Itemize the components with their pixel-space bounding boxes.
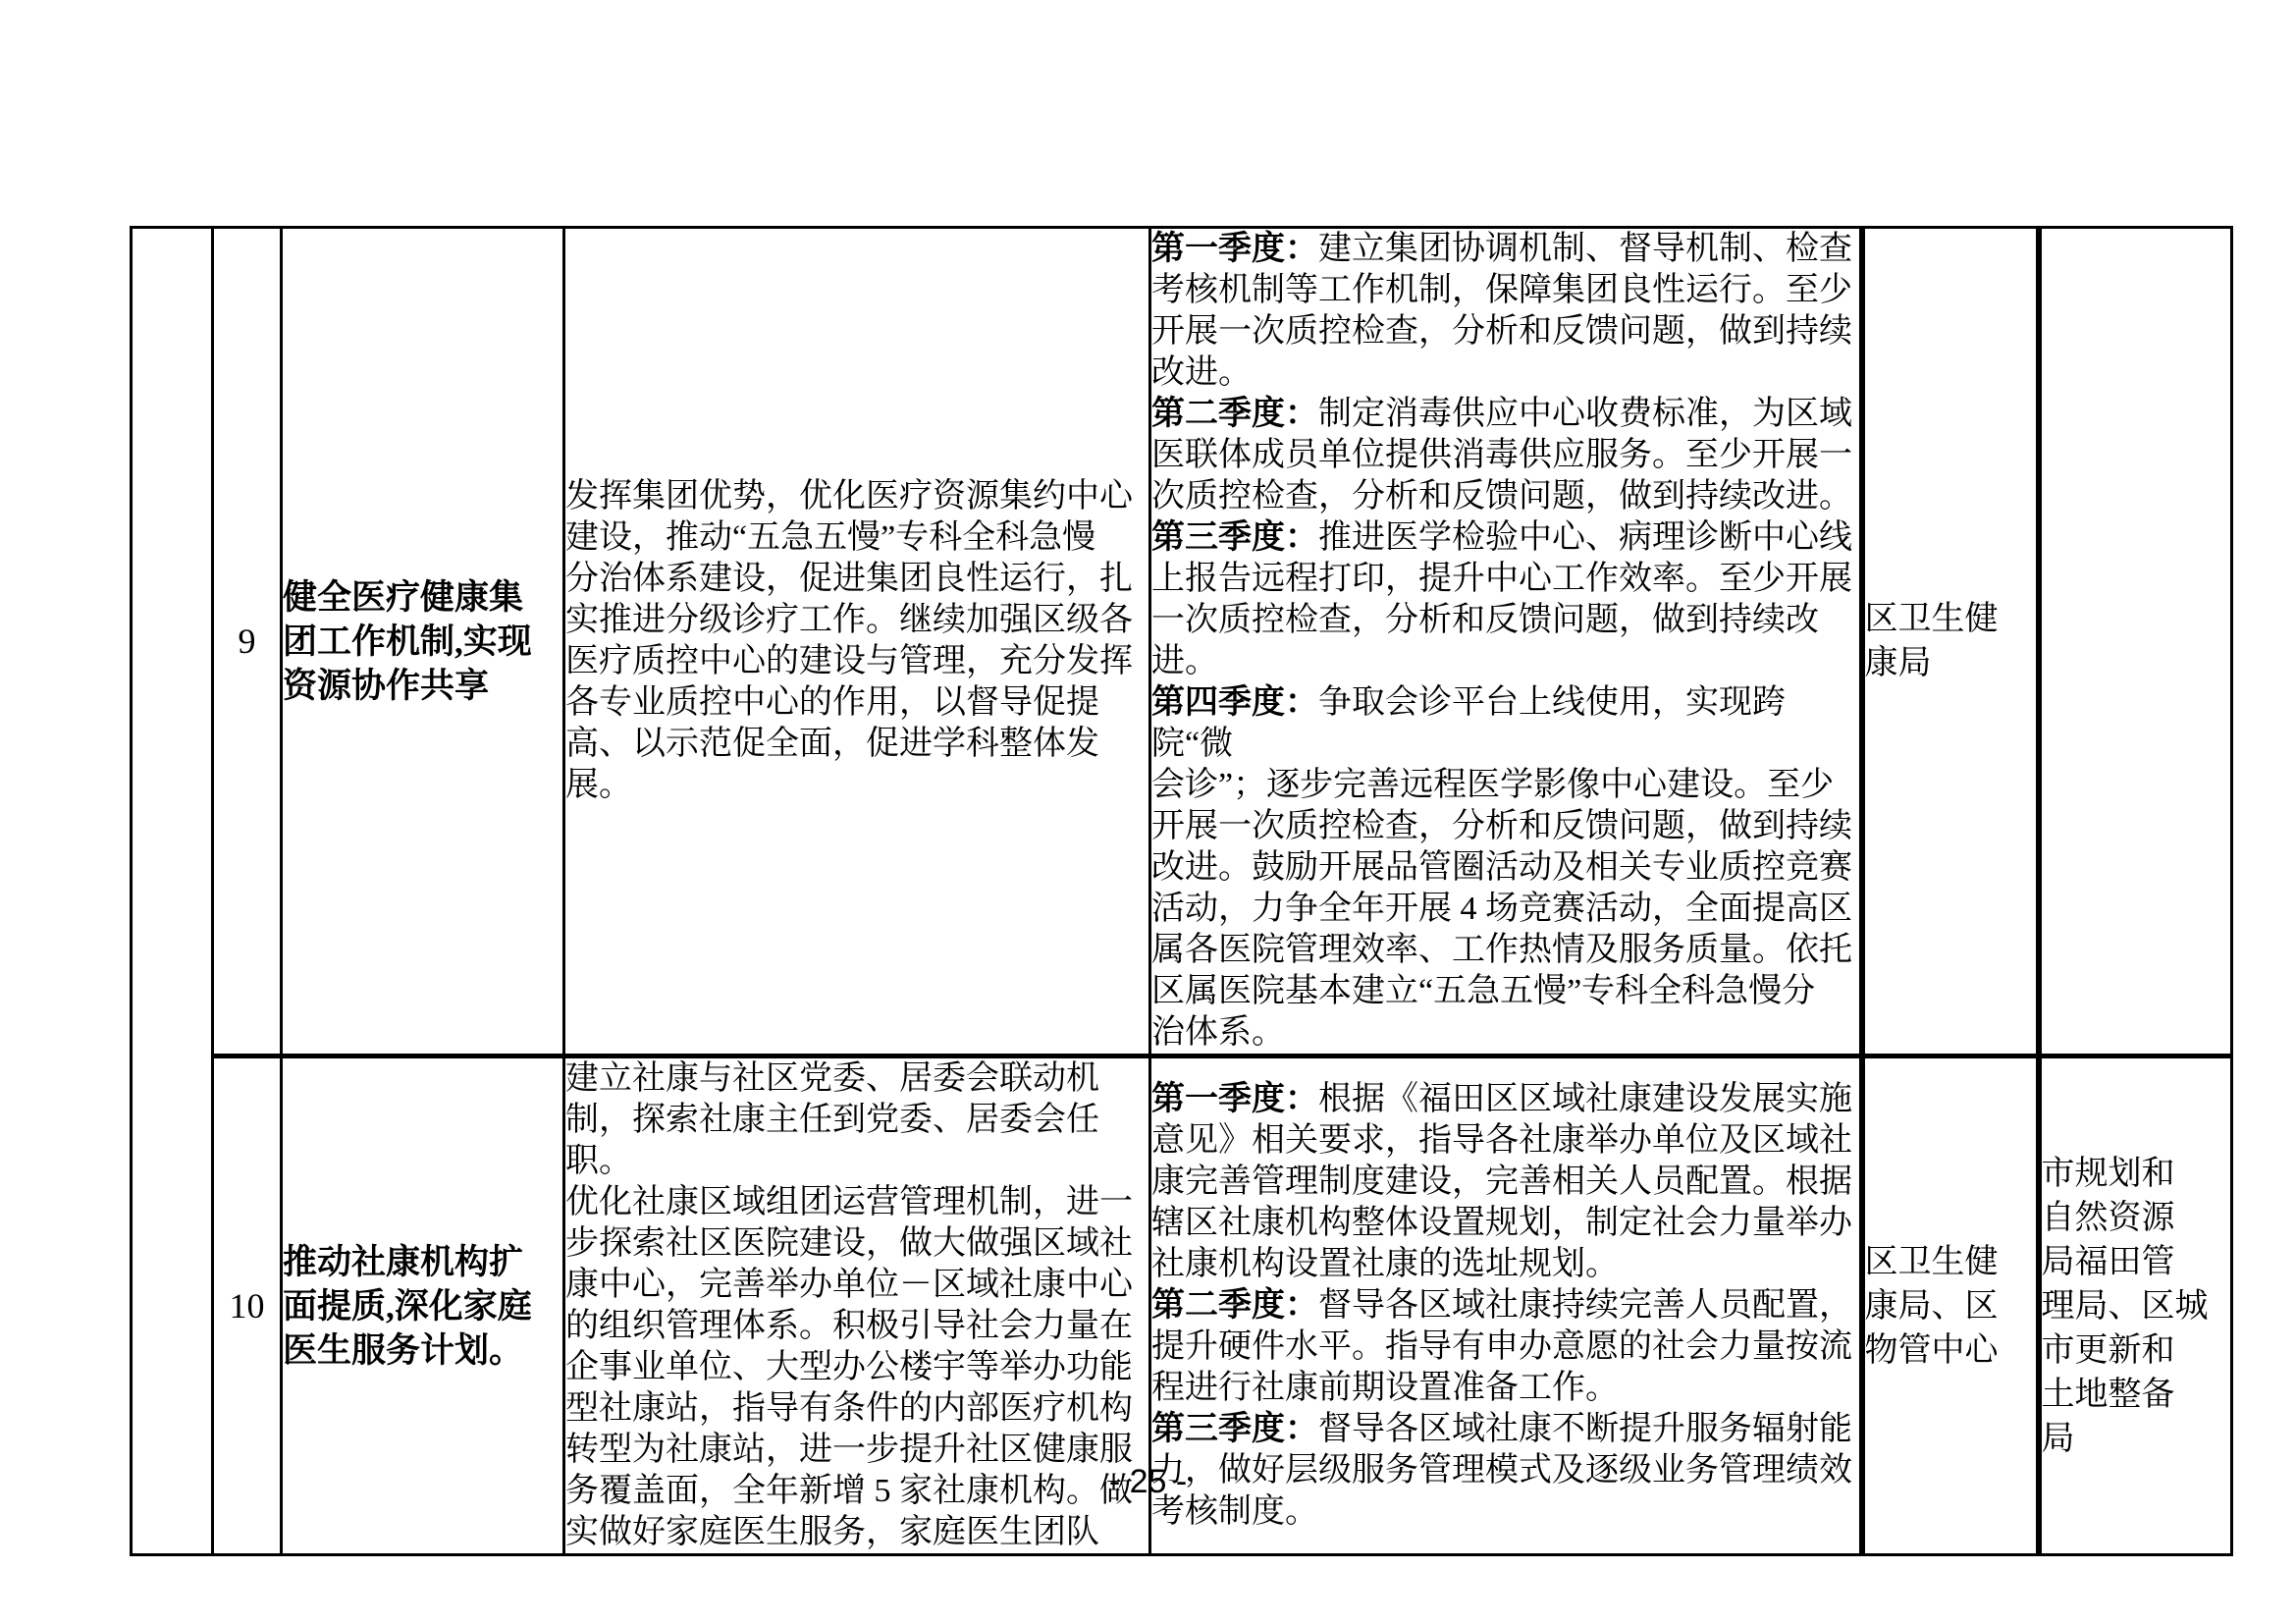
quarter-paragraph: 第四季度：争取会诊平台上线使用，实现跨院“微 会诊”；逐步完善远程医学影像中心建… — [1151, 682, 1859, 1054]
quarter-label: 第四季度： — [1151, 684, 1318, 721]
quarter-paragraph: 第一季度：根据《福田区区域社康建设发展实施 意见》相关要求，指导各社康举办单位及… — [1151, 1079, 1859, 1285]
task-description-cell: 发挥集团优势，优化医疗资源集约中心 建设，推动“五急五慢”专科全科急慢 分治体系… — [564, 228, 1150, 1056]
quarter-label: 第一季度： — [1151, 1081, 1318, 1117]
quarterly-measures-cell: 第一季度：建立集团协调机制、督导机制、检查 考核机制等工作机制，保障集团良性运行… — [1150, 228, 1862, 1056]
quarter-label: 第一季度： — [1151, 231, 1318, 267]
quarter-label: 第二季度： — [1151, 396, 1318, 432]
work-plan-table: 9 健全医疗健康集 团工作机制,实现 资源协作共享 发挥集团优势，优化医疗资源集… — [130, 226, 2233, 1556]
task-name-cell: 健全医疗健康集 团工作机制,实现 资源协作共享 — [282, 228, 564, 1056]
quarter-label: 第三季度： — [1151, 1411, 1318, 1447]
quarter-paragraph: 第三季度：推进医学检验中心、病理诊断中心线 上报告远程打印，提升中心工作效率。至… — [1151, 517, 1859, 682]
quarter-label: 第三季度： — [1151, 519, 1318, 556]
task-number-cell: 9 — [213, 228, 282, 1056]
cooperating-unit-cell — [2039, 228, 2232, 1056]
quarter-label: 第二季度： — [1151, 1287, 1318, 1324]
quarter-paragraph: 第二季度：制定消毒供应中心收费标准，为区域 医联体成员单位提供消毒供应服务。至少… — [1151, 394, 1859, 517]
quarter-paragraph: 第二季度：督导各区域社康持续完善人员配置， 提升硬件水平。指导有申办意愿的社会力… — [1151, 1285, 1859, 1409]
table-row: 9 健全医疗健康集 团工作机制,实现 资源协作共享 发挥集团优势，优化医疗资源集… — [132, 228, 2232, 1056]
quarter-text: 争取会诊平台上线使用，实现跨院“微 会诊”；逐步完善远程医学影像中心建设。至少 … — [1151, 684, 1852, 1051]
document-page: { "page": { "footer": "- 25 -" }, "table… — [0, 0, 2296, 1624]
quarter-paragraph: 第一季度：建立集团协调机制、督导机制、检查 考核机制等工作机制，保障集团良性运行… — [1151, 229, 1859, 394]
category-cell — [132, 228, 213, 1555]
responsible-unit-cell: 区卫生健 康局 — [1862, 228, 2039, 1056]
page-number: - 25 - — [0, 1463, 2296, 1501]
